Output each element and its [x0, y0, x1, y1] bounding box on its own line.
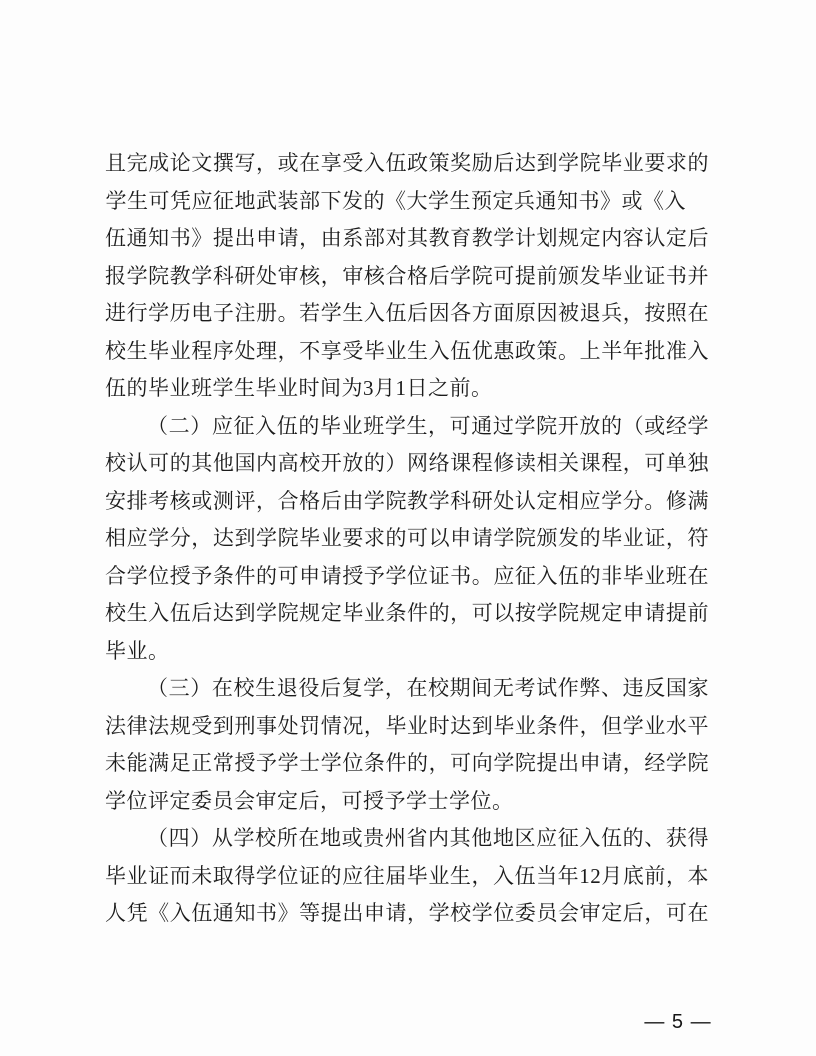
text-line: 伍通知书》提出申请，由系部对其教育教学计划规定内容认定后 [105, 220, 709, 258]
text-line: 相应学分，达到学院毕业要求的可以申请学院颁发的毕业证，符 [105, 520, 709, 558]
text-line: 合学位授予条件的可申请授予学位证书。应征入伍的非毕业班在 [105, 558, 709, 596]
text-line: 毕业证而未取得学位证的应往届毕业生，入伍当年12月底前，本 [105, 858, 709, 896]
text-line: 且完成论文撰写，或在享受入伍政策奖励后达到学院毕业要求的 [105, 145, 709, 183]
text-line: 校生入伍后达到学院规定毕业条件的，可以按学院规定申请提前 [105, 595, 709, 633]
document-page: 且完成论文撰写，或在享受入伍政策奖励后达到学院毕业要求的，学生可凭应征地武装部下… [0, 0, 816, 1056]
text-line: 人凭《入伍通知书》等提出申请，学校学位委员会审定后，可在 [105, 895, 709, 933]
text-line: 未能满足正常授予学士学位条件的，可向学院提出申请，经学院 [105, 745, 709, 783]
text-line: 校认可的其他国内高校开放的）网络课程修读相关课程，可单独 [105, 445, 709, 483]
text-line: 法律法规受到刑事处罚情况，毕业时达到毕业条件，但学业水平 [105, 708, 709, 746]
page-number: — 5 — [628, 1011, 728, 1034]
text-line: 毕业。 [105, 633, 709, 671]
body-text: 且完成论文撰写，或在享受入伍政策奖励后达到学院毕业要求的，学生可凭应征地武装部下… [105, 145, 709, 933]
text-line: 学位评定委员会审定后，可授予学士学位。 [105, 783, 709, 821]
text-line: 进行学历电子注册。若学生入伍后因各方面原因被退兵，按照在 [105, 295, 709, 333]
text-line: （二）应征入伍的毕业班学生，可通过学院开放的（或经学 [105, 408, 709, 446]
text-line: 校生毕业程序处理，不享受毕业生入伍优惠政策。上半年批准入 [105, 333, 709, 371]
text-line: 安排考核或测评，合格后由学院教学科研处认定相应学分。修满 [105, 483, 709, 521]
text-line: ，学生可凭应征地武装部下发的《大学生预定兵通知书》或《入 [105, 183, 709, 221]
text-line: （四）从学校所在地或贵州省内其他地区应征入伍的、获得 [105, 820, 709, 858]
text-line: 伍的毕业班学生毕业时间为3月1日之前。 [105, 370, 709, 408]
text-line: （三）在校生退役后复学，在校期间无考试作弊、违反国家 [105, 670, 709, 708]
text-line: 报学院教学科研处审核，审核合格后学院可提前颁发毕业证书并 [105, 258, 709, 296]
